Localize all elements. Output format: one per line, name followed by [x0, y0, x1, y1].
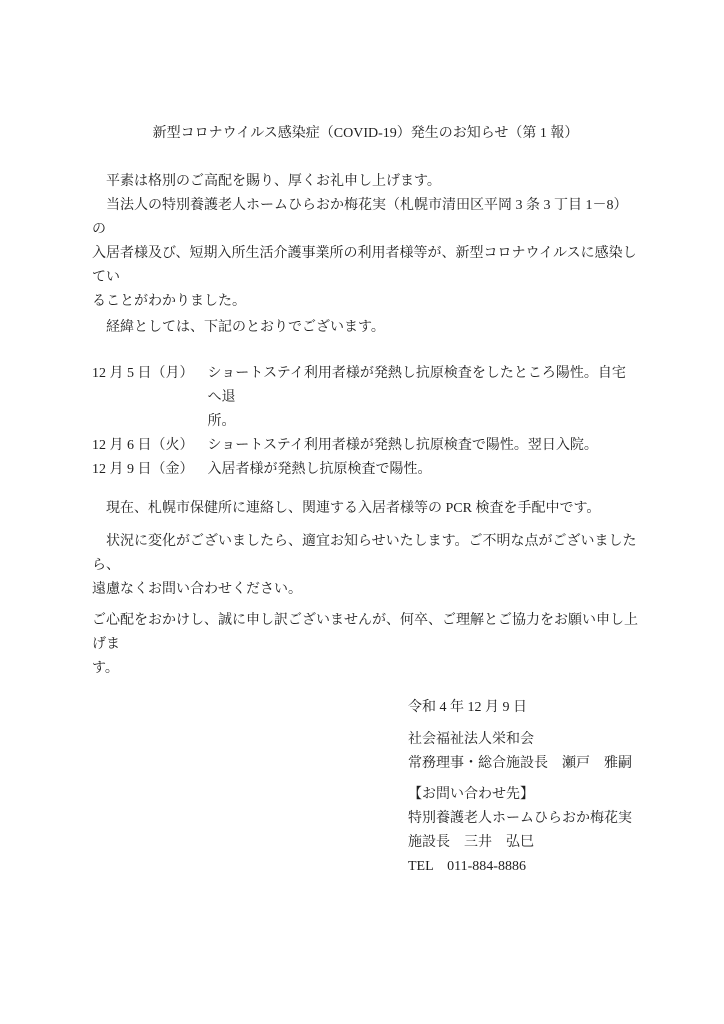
- document-title: 新型コロナウイルス感染症（COVID-19）発生のお知らせ（第 1 報）: [92, 122, 639, 146]
- paragraph-pcr: 現在、札幌市保健所に連絡し、関連する入居者様等の PCR 検査を手配中です。: [92, 497, 639, 521]
- timeline-description: 入居者様が発熱し抗原検査で陽性。: [208, 458, 640, 482]
- timeline-date: 12 月 5 日（月）: [92, 362, 194, 386]
- paragraph-timeline-intro: 経緯としては、下記のとおりでございます。: [92, 316, 639, 340]
- contact-manager: 施設長 三井 弘巳: [408, 831, 639, 855]
- paragraph-greeting: 平素は格別のご高配を賜り、厚くお礼申し上げます。: [92, 170, 639, 194]
- contact-tel: TEL 011-884-8886: [408, 855, 639, 879]
- document-page: 新型コロナウイルス感染症（COVID-19）発生のお知らせ（第 1 報） 平素は…: [0, 0, 724, 1024]
- contact-facility: 特別養護老人ホームひらおか梅花実: [408, 807, 639, 831]
- timeline-row: 12 月 6 日（火） ショートステイ利用者様が発熱し抗原検査で陽性。翌日入院。: [92, 434, 639, 458]
- paragraph-updates: 状況に変化がございましたら、適宜お知らせいたします。ご不明な点がございましたら、…: [92, 530, 639, 602]
- timeline-row: 12 月 9 日（金） 入居者様が発熱し抗原検査で陽性。: [92, 458, 639, 482]
- timeline-description: ショートステイ利用者様が発熱し抗原検査をしたところ陽性。自宅へ退 所。: [208, 362, 640, 434]
- signoff-date: 令和 4 年 12 月 9 日: [408, 696, 639, 720]
- timeline: 12 月 5 日（月） ショートステイ利用者様が発熱し抗原検査をしたところ陽性。…: [92, 362, 639, 482]
- timeline-date: 12 月 9 日（金）: [92, 458, 194, 482]
- timeline-row: 12 月 5 日（月） ショートステイ利用者様が発熱し抗原検査をしたところ陽性。…: [92, 362, 639, 434]
- paragraph-announcement: 当法人の特別養護老人ホームひらおか梅花実（札幌市清田区平岡 3 条 3 丁目 1…: [92, 194, 639, 314]
- signoff-signer: 常務理事・総合施設長 瀬戸 雅嗣: [408, 752, 639, 776]
- contact-heading: 【お問い合わせ先】: [408, 783, 639, 807]
- timeline-date: 12 月 6 日（火）: [92, 434, 194, 458]
- signoff-block: 令和 4 年 12 月 9 日 社会福祉法人栄和会 常務理事・総合施設長 瀬戸 …: [408, 696, 639, 776]
- timeline-description: ショートステイ利用者様が発熱し抗原検査で陽性。翌日入院。: [208, 434, 640, 458]
- contact-block: 【お問い合わせ先】 特別養護老人ホームひらおか梅花実 施設長 三井 弘巳 TEL…: [408, 783, 639, 879]
- paragraph-apology: ご心配をおかけし、誠に申し訳ございませんが、何卒、ご理解とご協力をお願い申し上げ…: [92, 609, 639, 681]
- signoff-organization: 社会福祉法人栄和会: [408, 728, 639, 752]
